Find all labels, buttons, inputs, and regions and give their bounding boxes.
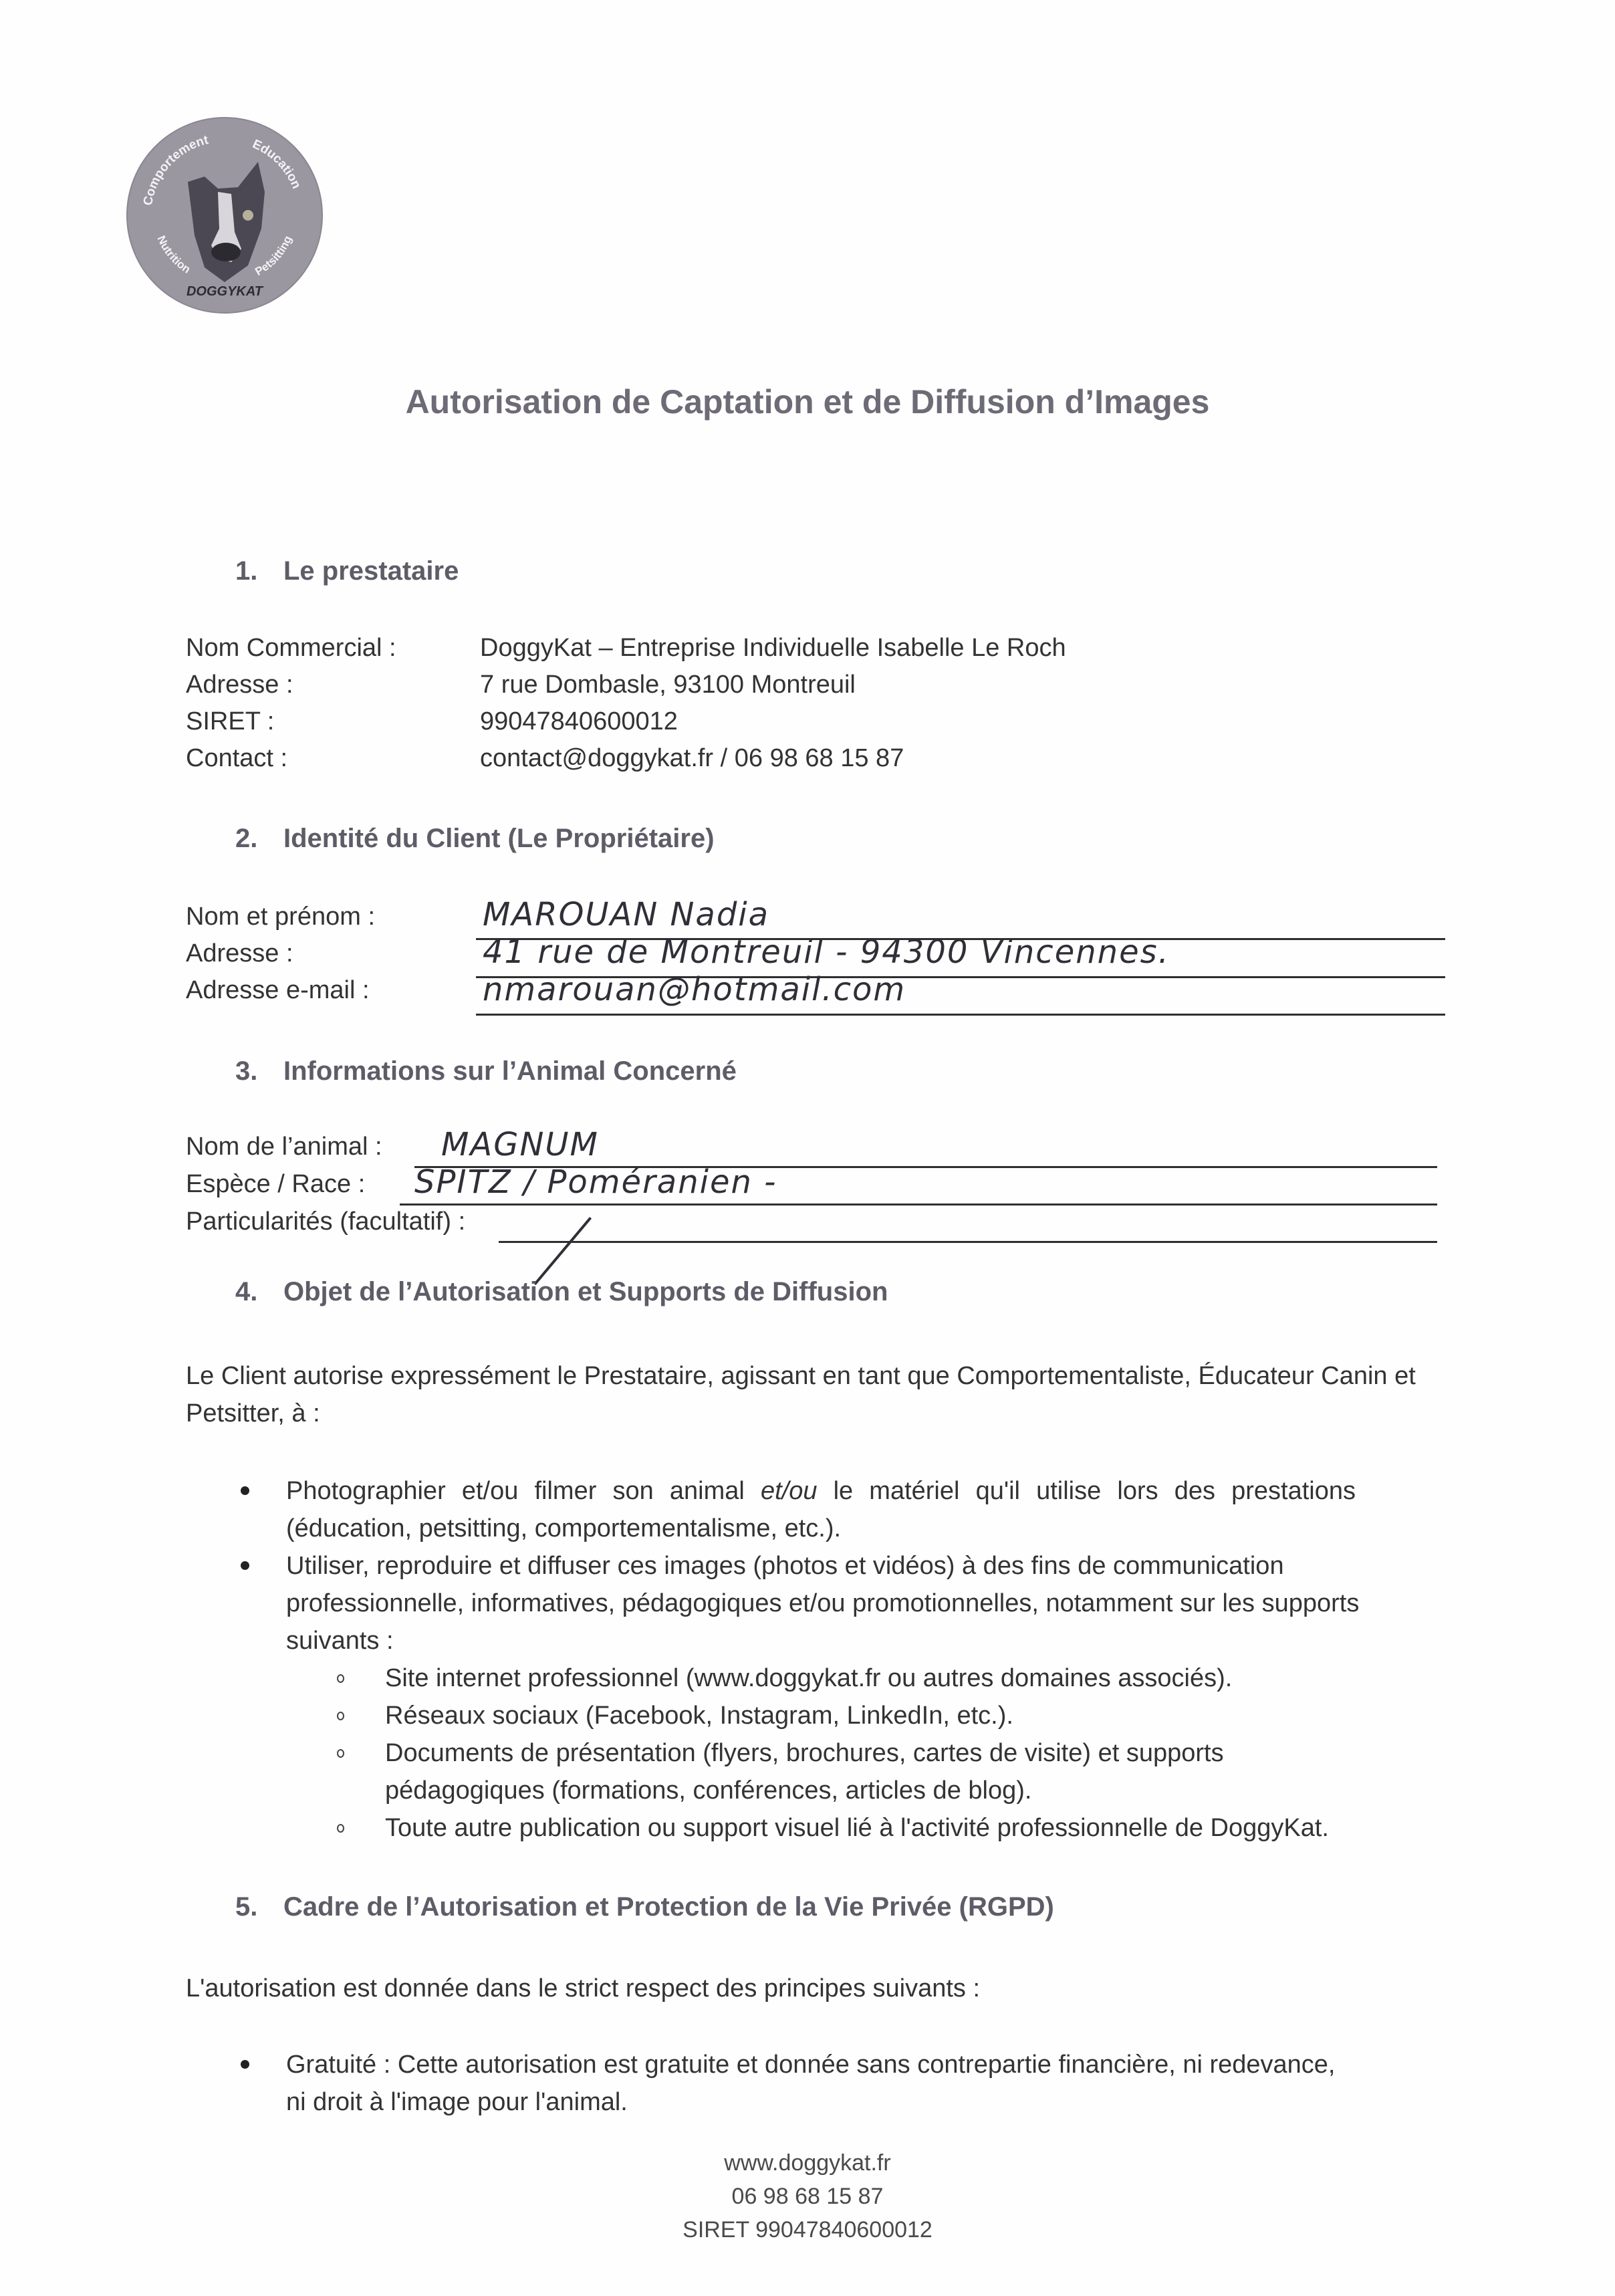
animal-name-field[interactable]: MAGNUM — [441, 1126, 599, 1163]
section-3-heading: 3.Informations sur l’Animal Concerné — [235, 1056, 737, 1086]
animal-name-label: Nom de l’animal : — [186, 1133, 382, 1161]
client-name-label: Nom et prénom : — [186, 903, 375, 931]
authorization-form-page: DOGGYKAT Comportement Education Nutritio… — [0, 0, 1615, 2296]
section-4-list: Photographier et/ou filmer son animal et… — [186, 1472, 1456, 1847]
page-footer: www.doggykat.fr 06 98 68 15 87 SIRET 990… — [0, 2146, 1615, 2247]
provider-contact-label: Contact : — [186, 744, 287, 773]
section-5-heading: 5.Cadre de l’Autorisation et Protection … — [235, 1892, 1054, 1922]
section-4-heading: 4.Objet de l’Autorisation et Supports de… — [235, 1277, 888, 1307]
animal-breed-line — [400, 1203, 1437, 1206]
section-4-intro: Le Client autorise expressément le Prest… — [186, 1357, 1443, 1432]
provider-address-value: 7 rue Dombasle, 93100 Montreuil — [480, 671, 856, 699]
provider-address-label: Adresse : — [186, 671, 293, 699]
section-1-heading: 1.Le prestataire — [235, 556, 459, 586]
document-title: Autorisation de Captation et de Diffusio… — [0, 382, 1615, 421]
sub-list-item: Réseaux sociaux (Facebook, Instagram, Li… — [186, 1697, 1455, 1734]
circle-bullet-icon — [337, 1824, 344, 1833]
footer-siret: SIRET 99047840600012 — [0, 2213, 1615, 2247]
client-email-field[interactable]: nmarouan@hotmail.com — [483, 971, 906, 1008]
sub-list-item: Documents de présentation (flyers, broch… — [186, 1734, 1334, 1809]
circle-bullet-icon — [337, 1674, 344, 1683]
circle-bullet-icon — [337, 1749, 344, 1758]
animal-particularities-label: Particularités (facultatif) : — [186, 1208, 465, 1236]
provider-siret-label: SIRET : — [186, 707, 274, 736]
list-item: Photographier et/ou filmer son animal et… — [186, 1472, 1356, 1547]
provider-name-value: DoggyKat – Entreprise Individuelle Isabe… — [480, 634, 1066, 663]
client-address-label: Adresse : — [186, 939, 293, 968]
footer-website[interactable]: www.doggykat.fr — [0, 2146, 1615, 2180]
client-address-field[interactable]: 41 rue de Montreuil - 94300 Vincennes. — [483, 933, 1170, 971]
provider-siret-value: 99047840600012 — [480, 707, 678, 736]
bullet-icon — [241, 1561, 249, 1570]
animal-breed-label: Espèce / Race : — [186, 1170, 365, 1199]
provider-contact-value: contact@doggykat.fr / 06 98 68 15 87 — [480, 744, 904, 773]
animal-breed-field[interactable]: SPITZ / Poméranien - — [414, 1163, 777, 1201]
sub-list-item: Toute autre publication ou support visue… — [186, 1809, 1495, 1847]
list-item: Gratuité : Cette autorisation est gratui… — [186, 2046, 1356, 2121]
bullet-icon — [241, 2060, 249, 2069]
section-5-list: Gratuité : Cette autorisation est gratui… — [186, 2046, 1456, 2121]
particularities-slash-mark[interactable] — [533, 1217, 592, 1285]
animal-particularities-line — [499, 1241, 1437, 1243]
section-2-heading: 2.Identité du Client (Le Propriétaire) — [235, 824, 715, 854]
bullet-icon — [241, 1486, 249, 1495]
client-email-line — [476, 1014, 1445, 1016]
circle-bullet-icon — [337, 1712, 344, 1720]
client-email-label: Adresse e-mail : — [186, 976, 370, 1005]
client-name-field[interactable]: MAROUAN Nadia — [483, 896, 769, 933]
section-5-intro: L'autorisation est donnée dans le strict… — [186, 1970, 1443, 2007]
svg-text:DOGGYKAT: DOGGYKAT — [187, 284, 264, 299]
provider-name-label: Nom Commercial : — [186, 634, 396, 663]
footer-phone: 06 98 68 15 87 — [0, 2180, 1615, 2213]
list-item: Utiliser, reproduire et diffuser ces ima… — [186, 1547, 1382, 1659]
sub-list-item: Site internet professionnel (www.doggyka… — [186, 1659, 1455, 1697]
doggykat-logo: DOGGYKAT Comportement Education Nutritio… — [124, 115, 325, 316]
